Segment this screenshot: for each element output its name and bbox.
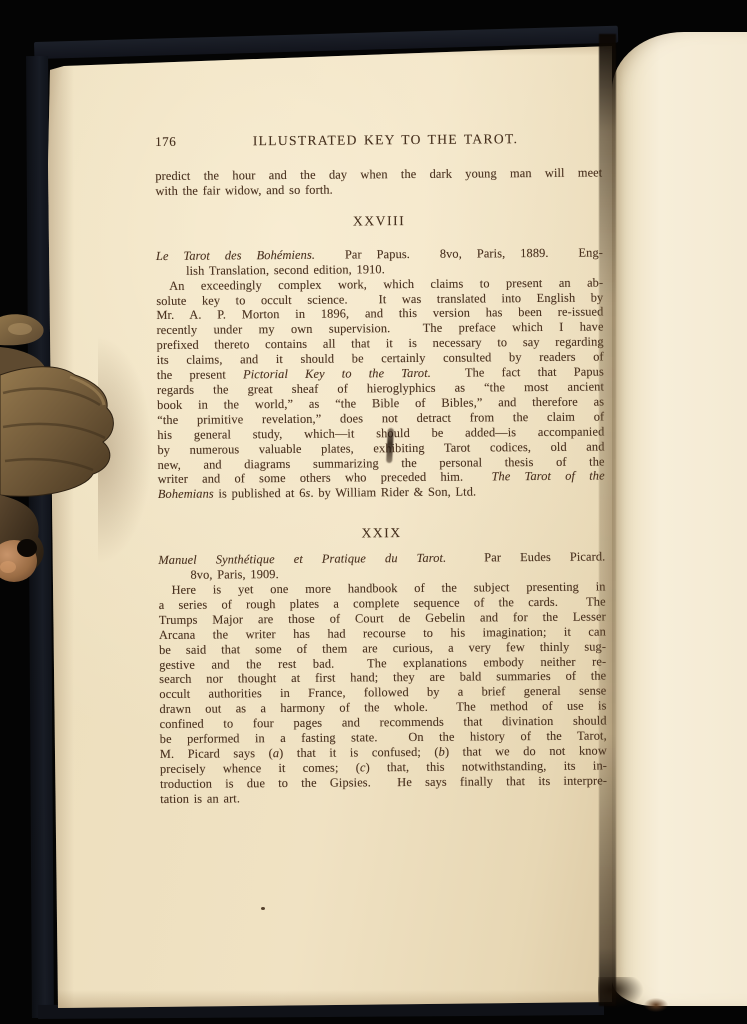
- book-photo: 176 ILLUSTRATED KEY TO THE TAROT. predic…: [0, 0, 747, 1024]
- edge-stain: [644, 998, 668, 1012]
- page-text: 176 ILLUSTRATED KEY TO THE TAROT. predic…: [155, 131, 607, 806]
- brass-clasp-icon: [0, 305, 125, 595]
- page-speck: [261, 907, 265, 910]
- section-xxix-text: Manuel Synthétique et Pratique du Tarot.…: [158, 550, 607, 807]
- section-heading-xxix: XXIX: [158, 524, 605, 543]
- page-gutter-bottom-shadow: [598, 977, 644, 1009]
- text-line: with the fair widow, and so forth.: [155, 180, 602, 198]
- page-gutter-shadow: [599, 34, 616, 1006]
- text-line: tation is an art.: [160, 788, 607, 806]
- section-heading-xxviii: XXVIII: [156, 211, 603, 230]
- section-xxviii-text: Le Tarot des Bohémiens. Par Papus. 8vo, …: [156, 245, 605, 502]
- intro-paragraph: predict the hour and the day when the da…: [155, 165, 602, 198]
- facing-page: [612, 32, 747, 1006]
- running-title: ILLUSTRATED KEY TO THE TAROT.: [162, 131, 609, 149]
- text-line: Bohemians is published at 6s. by William…: [158, 484, 605, 502]
- page-header: 176 ILLUSTRATED KEY TO THE TAROT.: [155, 131, 602, 151]
